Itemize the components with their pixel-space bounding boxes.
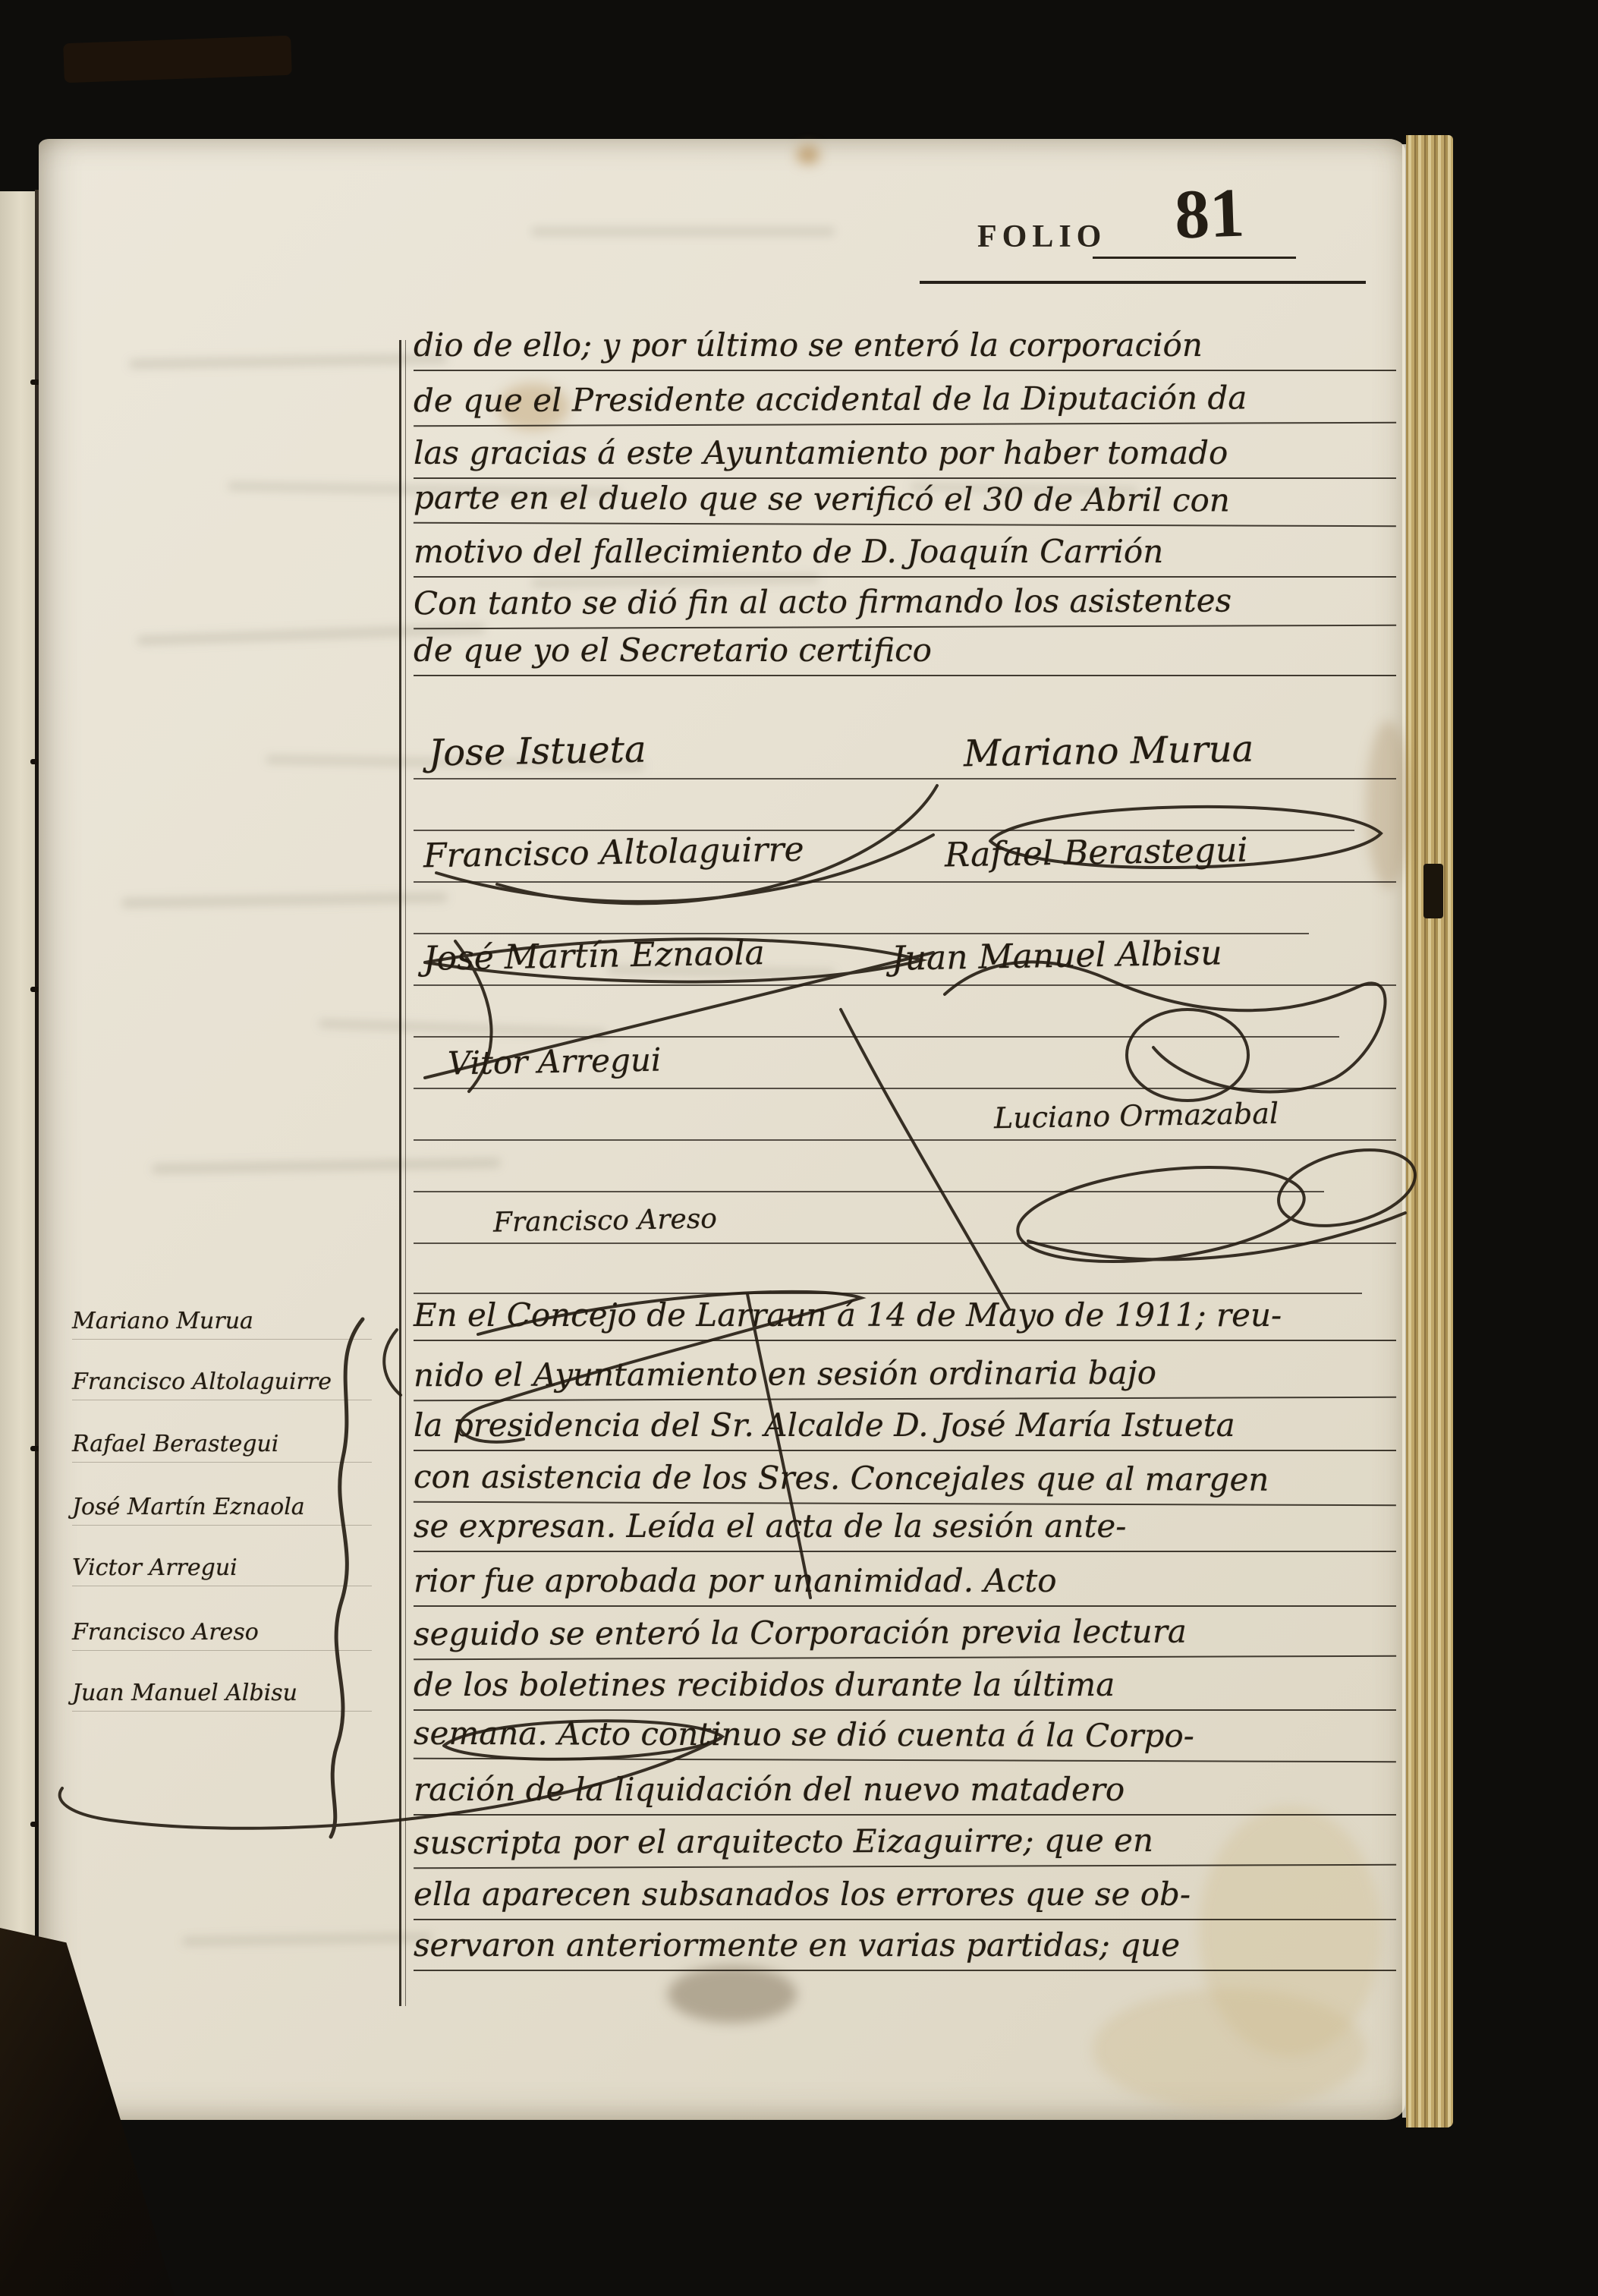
- margin-name: Juan Manuel Albisu: [72, 1673, 372, 1712]
- signature: Vitor Arregui: [448, 1041, 662, 1082]
- signature: José Martín Eznaola: [423, 934, 766, 978]
- manuscript-line: semana. Acto continuo se dió cuenta á la…: [414, 1709, 1396, 1763]
- previous-page-sliver: [0, 191, 35, 1960]
- signature: Rafael Berastegui: [945, 831, 1248, 875]
- manuscript-line: dio de ello; y por último se enteró la c…: [414, 321, 1396, 371]
- margin-divider-rule: [405, 340, 406, 2006]
- stacked-page-edges: [1406, 135, 1453, 2128]
- folio-label: FOLIO: [977, 219, 1106, 255]
- manuscript-line: ración de la liquidación del nuevo matad…: [414, 1765, 1396, 1816]
- stain: [668, 1966, 797, 2023]
- folio-number: 81: [1173, 172, 1246, 254]
- ruled-line: [414, 1139, 1396, 1141]
- manuscript-line: se expresan. Leída el acta de la sesión …: [414, 1502, 1396, 1552]
- header-rule: [920, 281, 1366, 284]
- manuscript-line: rior fue aprobada por unanimidad. Acto: [414, 1557, 1396, 1607]
- scanned-book-photo: FOLIO 81 dio de ello; y por último se en…: [0, 0, 1598, 2296]
- stain: [1366, 721, 1411, 888]
- signature: Juan Manuel Albisu: [892, 934, 1222, 978]
- ruled-line: [414, 1088, 1396, 1089]
- manuscript-line: de que el Presidente accidental de la Di…: [414, 373, 1396, 427]
- signature: Francisco Altolaguirre: [423, 830, 804, 876]
- signature: Jose Istueta: [429, 729, 646, 775]
- manuscript-line: ella aparecen subsanados los errores que…: [414, 1870, 1396, 1920]
- margin-name: Mariano Murua: [72, 1301, 372, 1340]
- manuscript-line: nido el Ayuntamiento en sesión ordinaria…: [414, 1348, 1396, 1402]
- bleed-through: [531, 228, 835, 235]
- manuscript-line: de los boletines recibidos durante la úl…: [414, 1661, 1396, 1711]
- page-edge-mark: [1423, 864, 1443, 918]
- stain: [1093, 1989, 1366, 2110]
- signature: Mariano Murua: [964, 728, 1254, 776]
- manuscript-line: suscripta por el arquitecto Eizaguirre; …: [414, 1816, 1396, 1869]
- margin-name: Victor Arregui: [72, 1548, 372, 1586]
- manuscript-line: las gracias á este Ayuntamiento por habe…: [414, 429, 1396, 479]
- ruled-line: [414, 1036, 1339, 1038]
- book-cover-corner: [63, 36, 292, 83]
- ruled-line: [414, 778, 1396, 780]
- manuscript-line: parte en el duelo que se verificó el 30 …: [414, 474, 1396, 528]
- manuscript-line: seguido se enteró la Corporación previa …: [414, 1607, 1396, 1661]
- ruled-line: [414, 1242, 1396, 1244]
- ruled-line: [414, 881, 1396, 883]
- manuscript-line: Con tanto se dió fin al acto firmando lo…: [414, 576, 1396, 630]
- folio-underline: [1093, 257, 1296, 259]
- ruled-line: [414, 1191, 1324, 1192]
- margin-divider-rule: [399, 340, 401, 2006]
- manuscript-line: la presidencia del Sr. Alcalde D. José M…: [414, 1401, 1396, 1451]
- signature: Francisco Areso: [493, 1203, 718, 1238]
- stain: [797, 146, 819, 164]
- manuscript-line: motivo del fallecimiento de D. Joaquín C…: [414, 528, 1396, 578]
- ruled-line: [414, 984, 1396, 986]
- margin-name: José Martín Eznaola: [72, 1487, 372, 1526]
- manuscript-line: En el Concejo de Larraun á 14 de Mayo de…: [414, 1291, 1396, 1341]
- margin-name: Francisco Areso: [72, 1612, 372, 1651]
- margin-name: Rafael Berastegui: [72, 1424, 372, 1463]
- signature: Luciano Ormazabal: [994, 1097, 1279, 1135]
- manuscript-line: con asistencia de los Sres. Concejales q…: [414, 1453, 1396, 1507]
- manuscript-line: servaron anteriormente en varias partida…: [414, 1921, 1396, 1971]
- margin-name: Francisco Altolaguirre: [72, 1362, 372, 1400]
- manuscript-line: de que yo el Secretario certifico: [414, 626, 1396, 676]
